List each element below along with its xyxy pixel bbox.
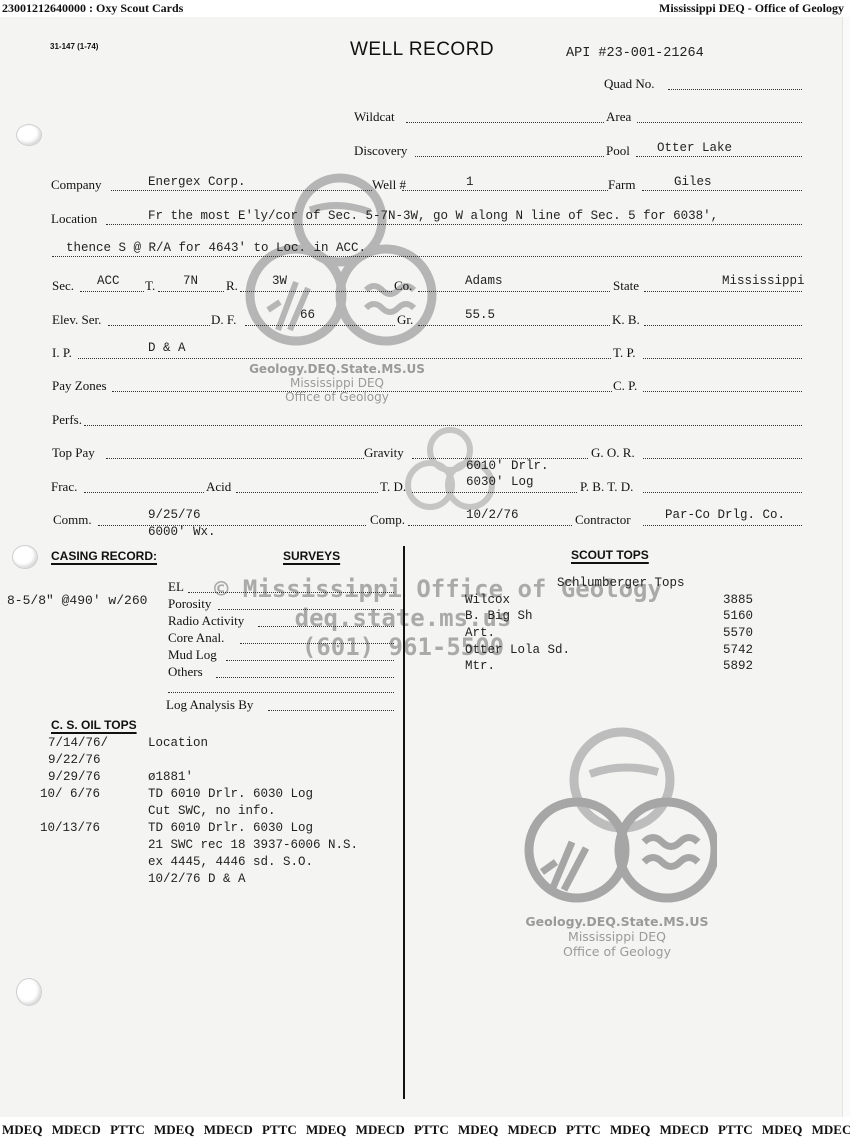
footer-item: MDECD — [660, 1120, 709, 1140]
survey-radio-activity-field[interactable] — [258, 626, 394, 627]
log-note: 21 SWC rec 18 3937-6006 N.S. — [148, 838, 358, 852]
ground-elevation-field[interactable] — [418, 325, 610, 326]
contractor-label: Contractor — [575, 512, 631, 528]
area-label: Area — [606, 109, 631, 125]
area-field[interactable] — [637, 122, 802, 123]
company-label: Company — [51, 177, 102, 193]
log-note: Location — [148, 736, 208, 750]
elevation-ser-field[interactable] — [108, 325, 210, 326]
footer-item: MDECD — [812, 1120, 850, 1140]
well-number-label: Well # — [372, 177, 406, 193]
frac-label: Frac. — [51, 479, 77, 495]
completed-field[interactable] — [408, 525, 572, 526]
location-value-line2: thence S @ R/A for 4643' to Loc. in ACC. — [66, 241, 366, 255]
section-label: Sec. — [52, 278, 74, 294]
kelly-bushing-label: K. B. — [612, 312, 640, 328]
survey-mud-log-label: Mud Log — [168, 647, 217, 663]
footer-item: MDEQ — [610, 1120, 650, 1140]
ground-elevation-label: Gr. — [397, 312, 413, 328]
footer-item: MDEQ — [154, 1120, 194, 1140]
casing-pressure-label: C. P. — [613, 378, 637, 394]
log-analysis-by-field[interactable] — [268, 710, 394, 711]
scout-tops-heading: SCOUT TOPS — [571, 548, 649, 562]
formation-depth: 5570 — [723, 626, 753, 640]
total-depth-label: T. D. — [380, 479, 406, 495]
footer-agency-strip: MDEQ MDECD PTTC MDEQ MDECD PTTC MDEQ MDE… — [0, 1120, 850, 1140]
formation-depth: 5160 — [723, 609, 753, 623]
footer-item: PTTC — [414, 1120, 449, 1140]
commenced-date: 9/25/76 — [148, 508, 201, 522]
survey-radio-activity-label: Radio Activity — [168, 613, 244, 629]
ground-elevation-value: 55.5 — [465, 308, 495, 322]
location-label: Location — [51, 211, 97, 227]
footer-item: MDEQ — [762, 1120, 802, 1140]
elevation-ser-label: Elev. Ser. — [52, 312, 101, 328]
wildcat-field[interactable] — [406, 122, 604, 123]
footer-item: MDECD — [52, 1120, 101, 1140]
footer-item: PTTC — [110, 1120, 145, 1140]
footer-item: MDECD — [356, 1120, 405, 1140]
agency-title: Mississippi DEQ - Office of Geology — [659, 0, 844, 17]
survey-others-label: Others — [168, 664, 203, 680]
log-note: TD 6010 Drlr. 6030 Log — [148, 821, 313, 835]
farm-value: Giles — [674, 175, 712, 189]
pool-value: Otter Lake — [657, 141, 732, 155]
footer-item: PTTC — [262, 1120, 297, 1140]
api-number: API #23-001-21264 — [566, 46, 704, 61]
total-depth-field[interactable] — [412, 492, 577, 493]
log-date: 10/13/76 — [40, 821, 100, 835]
formation-name: Art. — [465, 626, 495, 640]
survey-el-field[interactable] — [188, 592, 394, 593]
contractor-field[interactable] — [643, 525, 802, 526]
completed-label: Comp. — [370, 512, 405, 528]
derrick-floor-label: D. F. — [211, 312, 236, 328]
state-field[interactable] — [644, 291, 802, 292]
location-field-line2[interactable] — [52, 256, 802, 257]
casing-record-heading: CASING RECORD: — [51, 549, 157, 563]
total-depth-value-log: 6030' Log — [466, 475, 534, 489]
log-note: 10/2/76 D & A — [148, 872, 246, 886]
perforations-label: Perfs. — [52, 412, 82, 428]
punch-hole-bottom — [16, 978, 42, 1006]
total-depth-value-driller: 6010' Drlr. — [466, 459, 549, 473]
company-field[interactable] — [111, 190, 372, 191]
footer-item: PTTC — [718, 1120, 753, 1140]
gas-oil-ratio-field[interactable] — [643, 458, 802, 459]
commenced-note: 6000' Wx. — [148, 525, 216, 539]
log-analysis-by-label: Log Analysis By — [166, 697, 253, 713]
form-number: 31-147 (1-74) — [50, 42, 98, 51]
footer-item: MDECD — [508, 1120, 557, 1140]
casing-record-entry: 8-5/8" @490' w/260 — [7, 593, 147, 608]
top-pay-field[interactable] — [106, 458, 364, 459]
top-pay-label: Top Pay — [52, 445, 95, 461]
derrick-floor-value: 66 — [300, 308, 315, 322]
cs-oil-tops-log: 7/14/76/ Location 9/22/76 9/29/76 ø1881'… — [38, 736, 398, 896]
initial-production-value: D & A — [148, 341, 186, 355]
footer-item: MDEQ — [2, 1120, 42, 1140]
log-date: 7/14/76/ — [48, 736, 108, 750]
survey-el-label: EL — [168, 579, 184, 595]
section-divider — [403, 546, 405, 1099]
commenced-label: Comm. — [53, 512, 92, 528]
casing-pressure-field[interactable] — [643, 391, 802, 392]
survey-blank-field[interactable] — [168, 692, 394, 693]
footer-item: MDEQ — [306, 1120, 346, 1140]
initial-production-label: I. P. — [52, 345, 72, 361]
punch-hole-middle — [12, 545, 38, 569]
deq-logo-watermark-top — [238, 170, 443, 360]
page-edge — [843, 17, 850, 1117]
location-field-line1[interactable] — [106, 224, 802, 225]
tubing-pressure-label: T. P. — [613, 345, 636, 361]
range-label: R. — [226, 278, 238, 294]
survey-porosity-label: Porosity — [168, 596, 211, 612]
document-header-bar: 23001212640000 : Oxy Scout Cards Mississ… — [0, 0, 850, 17]
formation-name: Mtr. — [465, 659, 495, 673]
punch-hole-top — [16, 124, 42, 146]
contractor-value: Par-Co Drlg. Co. — [665, 508, 785, 522]
formation-name: Wilcox — [465, 593, 510, 607]
page-title: WELL RECORD — [350, 39, 494, 61]
document-id-title: 23001212640000 : Oxy Scout Cards — [2, 0, 183, 17]
log-date: 10/ 6/76 — [40, 787, 100, 801]
watermark-logo-caption-top: Geology.DEQ.State.MS.US Mississippi DEQ … — [232, 362, 442, 404]
pay-zones-label: Pay Zones — [52, 378, 107, 394]
footer-item: PTTC — [566, 1120, 601, 1140]
quad-no-label: Quad No. — [604, 76, 655, 92]
log-note: Cut SWC, no info. — [148, 804, 276, 818]
plug-back-td-label: P. B. T. D. — [580, 479, 633, 495]
gravity-label: Gravity — [364, 445, 404, 461]
acid-label: Acid — [206, 479, 231, 495]
perforations-field[interactable] — [84, 425, 802, 426]
deq-logo-watermark-bottom — [512, 722, 717, 912]
acid-field[interactable] — [236, 492, 378, 493]
scout-tops-subheading: Schlumberger Tops — [557, 576, 685, 590]
range-value: 3W — [272, 274, 287, 288]
pool-field[interactable] — [636, 156, 802, 157]
wildcat-label: Wildcat — [354, 109, 395, 125]
formation-depth: 5742 — [723, 643, 753, 657]
log-note: ø1881' — [148, 770, 193, 784]
pay-zones-field[interactable] — [112, 391, 612, 392]
state-label: State — [613, 278, 639, 294]
township-value: 7N — [183, 274, 198, 288]
survey-core-analysis-field[interactable] — [240, 643, 394, 644]
county-label: Co. — [394, 278, 412, 294]
formation-depth: 3885 — [723, 593, 753, 607]
commenced-field[interactable] — [98, 525, 366, 526]
surveys-heading: SURVEYS — [283, 549, 340, 563]
watermark-logo-caption-bottom: Geology.DEQ.State.MS.US Mississippi DEQ … — [512, 914, 722, 959]
well-number-value: 1 — [466, 175, 474, 189]
completed-date: 10/2/76 — [466, 508, 519, 522]
location-value-line1: Fr the most E'ly/cor of Sec. 5-7N-3W, go… — [148, 209, 718, 223]
survey-others-field[interactable] — [216, 677, 394, 678]
footer-item: MDEQ — [458, 1120, 498, 1140]
gas-oil-ratio-label: G. O. R. — [591, 445, 635, 461]
range-field[interactable] — [240, 291, 392, 292]
formation-name: Otter Lola Sd. — [465, 643, 570, 657]
section-field[interactable] — [80, 291, 144, 292]
township-field[interactable] — [158, 291, 224, 292]
frac-field[interactable] — [84, 492, 204, 493]
section-value: ACC — [97, 274, 120, 288]
scout-tops-table: Wilcox 3885 B. Big Sh 5160 Art. 5570 Ott… — [465, 593, 765, 683]
state-value: Mississippi — [722, 274, 805, 288]
derrick-floor-field[interactable] — [245, 325, 395, 326]
survey-mud-log-field[interactable] — [226, 660, 394, 661]
farm-field[interactable] — [642, 190, 802, 191]
log-date: 9/29/76 — [48, 770, 101, 784]
log-note: TD 6010 Drlr. 6030 Log — [148, 787, 313, 801]
well-number-field[interactable] — [402, 190, 608, 191]
formation-name: B. Big Sh — [465, 609, 533, 623]
formation-depth: 5892 — [723, 659, 753, 673]
kelly-bushing-field[interactable] — [644, 325, 802, 326]
county-value: Adams — [465, 274, 503, 288]
township-label: T. — [145, 278, 155, 294]
farm-label: Farm — [608, 177, 635, 193]
initial-production-field[interactable] — [78, 358, 611, 359]
cs-oil-tops-heading: C. S. OIL TOPS — [51, 718, 137, 732]
discovery-field[interactable] — [415, 156, 604, 157]
survey-core-analysis-label: Core Anal. — [168, 630, 224, 646]
tubing-pressure-field[interactable] — [643, 358, 802, 359]
footer-item: MDECD — [204, 1120, 253, 1140]
county-field[interactable] — [418, 291, 610, 292]
log-date: 9/22/76 — [48, 753, 101, 767]
discovery-label: Discovery — [354, 143, 407, 159]
log-note: ex 4445, 4446 sd. S.O. — [148, 855, 313, 869]
company-value: Energex Corp. — [148, 175, 246, 189]
pool-label: Pool — [606, 143, 630, 159]
survey-porosity-field[interactable] — [218, 609, 394, 610]
quad-no-field[interactable] — [668, 89, 802, 90]
plug-back-td-field[interactable] — [643, 492, 802, 493]
